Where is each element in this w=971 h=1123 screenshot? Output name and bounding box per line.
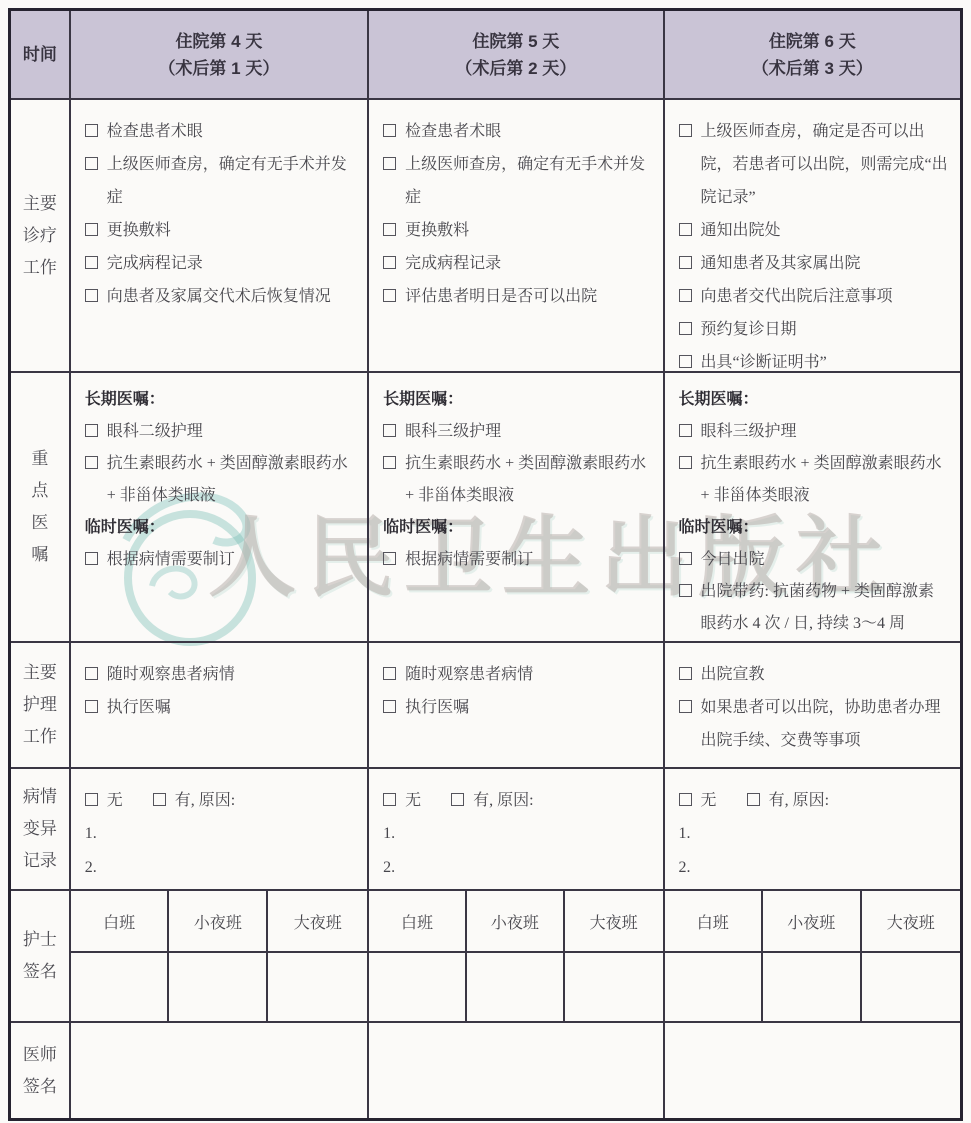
reason-line-1: 1. [85, 817, 357, 851]
checkbox-icon[interactable] [679, 289, 692, 302]
checkbox-icon[interactable] [679, 584, 692, 597]
item-text: 眼科三级护理 [405, 416, 652, 448]
item-text: 根据病情需要制订 [107, 544, 357, 576]
diagnosis-day6-cell: 上级医师查房，确定是否可以出院，若患者可以出院，则需完成“出院记录” 通知出院处… [665, 100, 960, 371]
checkbox-icon[interactable] [679, 793, 692, 806]
day-title: 住院第 4 天 [175, 28, 262, 55]
item-text: 如果患者可以出院，协助患者办理出院手续、交费等事项 [701, 691, 950, 757]
row-label-cell: 重点医嘱 [11, 373, 71, 641]
shift-header-cell: 白班 [665, 891, 763, 953]
checkbox-icon[interactable] [679, 667, 692, 680]
checklist-item: 出院带药: 抗菌药物 + 类固醇激素眼药水 4 次 / 日, 持续 3～4 周 [679, 576, 950, 640]
item-text: 今日出院 [701, 544, 950, 576]
item-text: 完成病程记录 [405, 247, 652, 280]
item-text: 评估患者明日是否可以出院 [405, 280, 652, 313]
shift-header-cell: 白班 [71, 891, 170, 953]
shift-header-cell: 小夜班 [169, 891, 268, 953]
checkbox-icon[interactable] [85, 256, 98, 269]
item-text: 通知患者及其家属出院 [701, 247, 950, 280]
row-label: 医师签名 [21, 1039, 59, 1103]
checkbox-icon[interactable] [679, 700, 692, 713]
checklist-item: 出院宣教 [679, 658, 950, 691]
variation-option-yes: 有, 原因: [451, 784, 533, 817]
reason-line-2: 2. [383, 851, 652, 885]
checklist-item: 更换敷料 [85, 214, 357, 247]
row-label-cell: 护士签名 [11, 891, 71, 1021]
variation-day5-cell: 无 有, 原因: 1. 2. [369, 769, 664, 889]
checkbox-icon[interactable] [383, 700, 396, 713]
reason-line-1: 1. [679, 817, 950, 851]
variation-option-yes: 有, 原因: [747, 784, 829, 817]
shift-header-cell: 白班 [369, 891, 467, 953]
checkbox-icon[interactable] [679, 355, 692, 368]
checkbox-icon[interactable] [383, 157, 396, 170]
reason-line-2: 2. [679, 851, 950, 885]
signature-cell[interactable] [369, 953, 467, 1021]
checklist-item: 眼科三级护理 [679, 416, 950, 448]
longterm-orders-title: 长期医嘱： [679, 384, 950, 416]
day-subtitle: （术后第 2 天） [455, 55, 576, 82]
signature-cell[interactable] [862, 953, 960, 1021]
row-label: 重点医嘱 [30, 443, 49, 571]
day-header-cell-5: 住院第 5 天 （术后第 2 天） [369, 11, 664, 98]
variation-option-yes: 有, 原因: [153, 784, 235, 817]
longterm-orders-title: 长期医嘱： [383, 384, 652, 416]
checklist-item: 检查患者术眼 [85, 115, 357, 148]
checklist-item: 评估患者明日是否可以出院 [383, 280, 652, 313]
checklist-item: 预约复诊日期 [679, 313, 950, 346]
checklist-item: 随时观察患者病情 [85, 658, 357, 691]
checklist-item: 通知患者及其家属出院 [679, 247, 950, 280]
day-header-cell-6: 住院第 6 天 （术后第 3 天） [665, 11, 960, 98]
checklist-item: 根据病情需要制订 [85, 544, 357, 576]
checkbox-icon[interactable] [451, 793, 464, 806]
checkbox-icon[interactable] [679, 223, 692, 236]
shift-header-cell: 小夜班 [467, 891, 565, 953]
day-title: 住院第 5 天 [472, 28, 559, 55]
checkbox-icon[interactable] [383, 552, 396, 565]
item-text: 抗生素眼药水 + 类固醇激素眼药水 + 非甾体类眼液 [405, 448, 652, 512]
time-header-cell: 时间 [11, 11, 71, 98]
temp-orders-title: 临时医嘱： [85, 512, 357, 544]
orders-day4-cell: 长期医嘱： 眼科二级护理 抗生素眼药水 + 类固醇激素眼药水 + 非甾体类眼液 … [71, 373, 369, 641]
checklist-item: 执行医嘱 [383, 691, 652, 724]
diagnosis-day4-cell: 检查患者术眼 上级医师查房，确定有无手术并发症 更换敷料 完成病程记录 向患者及… [71, 100, 369, 371]
checklist-item: 抗生素眼药水 + 类固醇激素眼药水 + 非甾体类眼液 [679, 448, 950, 512]
checkbox-icon[interactable] [383, 424, 396, 437]
signature-cell[interactable] [467, 953, 565, 1021]
item-text: 出具“诊断证明书” [701, 346, 950, 371]
checkbox-icon[interactable] [383, 223, 396, 236]
doctor-sign-day4-cell[interactable] [71, 1023, 369, 1118]
day-title: 住院第 6 天 [769, 28, 856, 55]
item-text: 上级医师查房，确定有无手术并发症 [107, 148, 357, 214]
item-text: 抗生素眼药水 + 类固醇激素眼药水 + 非甾体类眼液 [107, 448, 357, 512]
checkbox-icon[interactable] [679, 424, 692, 437]
checkbox-icon[interactable] [153, 793, 166, 806]
temp-orders-title: 临时医嘱： [679, 512, 950, 544]
checklist-item: 完成病程记录 [383, 247, 652, 280]
variation-option-none: 无 [383, 784, 421, 817]
signature-cell[interactable] [268, 953, 367, 1021]
checklist-item: 今日出院 [679, 544, 950, 576]
item-text: 上级医师查房，确定有无手术并发症 [405, 148, 652, 214]
nursing-day6-cell: 出院宣教 如果患者可以出院，协助患者办理出院手续、交费等事项 [665, 643, 960, 767]
checklist-item: 完成病程记录 [85, 247, 357, 280]
signature-cell[interactable] [169, 953, 268, 1021]
nurse-sign-day6-cell: 白班 小夜班 大夜班 [665, 891, 960, 1021]
checklist-item: 上级医师查房，确定有无手术并发症 [383, 148, 652, 214]
nurse-sign-day5-cell: 白班 小夜班 大夜班 [369, 891, 664, 1021]
row-label-cell: 医师签名 [11, 1023, 71, 1118]
diagnosis-work-row: 主要诊疗工作 检查患者术眼 上级医师查房，确定有无手术并发症 更换敷料 完成病程… [11, 100, 960, 373]
checkbox-icon[interactable] [383, 256, 396, 269]
item-text: 执行医嘱 [405, 691, 652, 724]
table-header-row: 时间 住院第 4 天 （术后第 1 天） 住院第 5 天 （术后第 2 天） 住… [11, 11, 960, 100]
checklist-item: 眼科三级护理 [383, 416, 652, 448]
temp-orders-title: 临时医嘱： [383, 512, 652, 544]
checklist-item: 更换敷料 [383, 214, 652, 247]
nurse-sign-day4-cell: 白班 小夜班 大夜班 [71, 891, 369, 1021]
checkbox-icon[interactable] [85, 289, 98, 302]
checklist-item: 随时观察患者病情 [383, 658, 652, 691]
checkbox-icon[interactable] [85, 552, 98, 565]
variation-day4-cell: 无 有, 原因: 1. 2. [71, 769, 369, 889]
row-label-cell: 主要诊疗工作 [11, 100, 71, 371]
checkbox-icon[interactable] [679, 124, 692, 137]
shift-header-cell: 小夜班 [763, 891, 861, 953]
checklist-item: 出具“诊断证明书” [679, 346, 950, 371]
doctor-sign-day6-cell[interactable] [665, 1023, 960, 1118]
checkbox-icon[interactable] [383, 289, 396, 302]
day-header-cell-4: 住院第 4 天 （术后第 1 天） [71, 11, 369, 98]
checkbox-icon[interactable] [747, 793, 760, 806]
checklist-item: 检查患者术眼 [383, 115, 652, 148]
item-text: 更换敷料 [107, 214, 357, 247]
longterm-orders-title: 长期医嘱： [85, 384, 357, 416]
checklist-item: 上级医师查房，确定有无手术并发症 [85, 148, 357, 214]
item-text: 抗生素眼药水 + 类固醇激素眼药水 + 非甾体类眼液 [701, 448, 950, 512]
variation-option-none: 无 [85, 784, 123, 817]
orders-day5-cell: 长期医嘱： 眼科三级护理 抗生素眼药水 + 类固醇激素眼药水 + 非甾体类眼液 … [369, 373, 664, 641]
checkbox-icon[interactable] [85, 667, 98, 680]
checkbox-icon[interactable] [383, 456, 396, 469]
variation-record-row: 病情变异记录 无 有, 原因: 1. 2. 无 有, 原因: 1. 2. [11, 769, 960, 891]
checklist-item: 抗生素眼药水 + 类固醇激素眼药水 + 非甾体类眼液 [85, 448, 357, 512]
checklist-item: 向患者交代出院后注意事项 [679, 280, 950, 313]
checkbox-icon[interactable] [679, 322, 692, 335]
shift-header-cell: 大夜班 [862, 891, 960, 953]
pathway-table: 时间 住院第 4 天 （术后第 1 天） 住院第 5 天 （术后第 2 天） 住… [8, 8, 963, 1121]
item-text: 检查患者术眼 [405, 115, 652, 148]
item-text: 眼科二级护理 [107, 416, 357, 448]
doctor-signature-row: 医师签名 [11, 1023, 960, 1118]
checkbox-icon[interactable] [679, 456, 692, 469]
row-label: 主要诊疗工作 [21, 188, 59, 284]
item-text: 通知出院处 [701, 214, 950, 247]
signature-cell[interactable] [565, 953, 663, 1021]
nursing-day4-cell: 随时观察患者病情 执行医嘱 [71, 643, 369, 767]
checkbox-icon[interactable] [679, 552, 692, 565]
key-orders-row: 重点医嘱 长期医嘱： 眼科二级护理 抗生素眼药水 + 类固醇激素眼药水 + 非甾… [11, 373, 960, 643]
doctor-sign-day5-cell[interactable] [369, 1023, 664, 1118]
item-text: 出院带药: 抗菌药物 + 类固醇激素眼药水 4 次 / 日, 持续 3～4 周 [701, 576, 950, 640]
item-text: 根据病情需要制订 [405, 544, 652, 576]
item-text: 向患者交代出院后注意事项 [701, 280, 950, 313]
reason-line-1: 1. [383, 817, 652, 851]
item-text: 完成病程记录 [107, 247, 357, 280]
checkbox-icon[interactable] [383, 667, 396, 680]
row-label-cell: 主要护理工作 [11, 643, 71, 767]
item-text: 检查患者术眼 [107, 115, 357, 148]
signature-cell[interactable] [763, 953, 861, 1021]
variation-option-none: 无 [679, 784, 717, 817]
signature-cell[interactable] [665, 953, 763, 1021]
day-subtitle: （术后第 3 天） [752, 55, 873, 82]
checkbox-icon[interactable] [85, 700, 98, 713]
row-label: 主要护理工作 [21, 657, 59, 753]
item-text: 出院宣教 [701, 658, 950, 691]
time-header-label: 时间 [23, 41, 57, 68]
item-text: 执行医嘱 [107, 691, 357, 724]
checkbox-icon[interactable] [85, 223, 98, 236]
shift-header-cell: 大夜班 [565, 891, 663, 953]
checkbox-icon[interactable] [85, 424, 98, 437]
shift-header-cell: 大夜班 [268, 891, 367, 953]
reason-line-2: 2. [85, 851, 357, 885]
checkbox-icon[interactable] [85, 456, 98, 469]
signature-cell[interactable] [71, 953, 170, 1021]
item-text: 眼科三级护理 [701, 416, 950, 448]
item-text: 上级医师查房，确定是否可以出院，若患者可以出院，则需完成“出院记录” [701, 115, 950, 214]
checklist-item: 向患者及家属交代术后恢复情况 [85, 280, 357, 313]
row-label: 病情变异记录 [21, 781, 59, 877]
variation-day6-cell: 无 有, 原因: 1. 2. [665, 769, 960, 889]
item-text: 更换敷料 [405, 214, 652, 247]
checklist-item: 通知出院处 [679, 214, 950, 247]
row-label: 护士签名 [21, 924, 59, 988]
checklist-item: 执行医嘱 [85, 691, 357, 724]
checkbox-icon[interactable] [85, 157, 98, 170]
nursing-day5-cell: 随时观察患者病情 执行医嘱 [369, 643, 664, 767]
item-text: 预约复诊日期 [701, 313, 950, 346]
day-subtitle: （术后第 1 天） [158, 55, 279, 82]
checkbox-icon[interactable] [383, 124, 396, 137]
checkbox-icon[interactable] [85, 793, 98, 806]
checklist-item: 如果患者可以出院，协助患者办理出院手续、交费等事项 [679, 691, 950, 757]
diagnosis-day5-cell: 检查患者术眼 上级医师查房，确定有无手术并发症 更换敷料 完成病程记录 评估患者… [369, 100, 664, 371]
checklist-item: 根据病情需要制订 [383, 544, 652, 576]
checkbox-icon[interactable] [383, 793, 396, 806]
checkbox-icon[interactable] [85, 124, 98, 137]
item-text: 向患者及家属交代术后恢复情况 [107, 280, 357, 313]
item-text: 随时观察患者病情 [107, 658, 357, 691]
checklist-item: 眼科二级护理 [85, 416, 357, 448]
nursing-work-row: 主要护理工作 随时观察患者病情 执行医嘱 随时观察患者病情 执行医嘱 出院宣教 … [11, 643, 960, 769]
row-label-cell: 病情变异记录 [11, 769, 71, 889]
item-text: 随时观察患者病情 [405, 658, 652, 691]
nurse-signature-row: 护士签名 白班 小夜班 大夜班 白班 小夜班 大夜班 [11, 891, 960, 1023]
checklist-item: 抗生素眼药水 + 类固醇激素眼药水 + 非甾体类眼液 [383, 448, 652, 512]
checkbox-icon[interactable] [679, 256, 692, 269]
orders-day6-cell: 长期医嘱： 眼科三级护理 抗生素眼药水 + 类固醇激素眼药水 + 非甾体类眼液 … [665, 373, 960, 641]
checklist-item: 上级医师查房，确定是否可以出院，若患者可以出院，则需完成“出院记录” [679, 115, 950, 214]
